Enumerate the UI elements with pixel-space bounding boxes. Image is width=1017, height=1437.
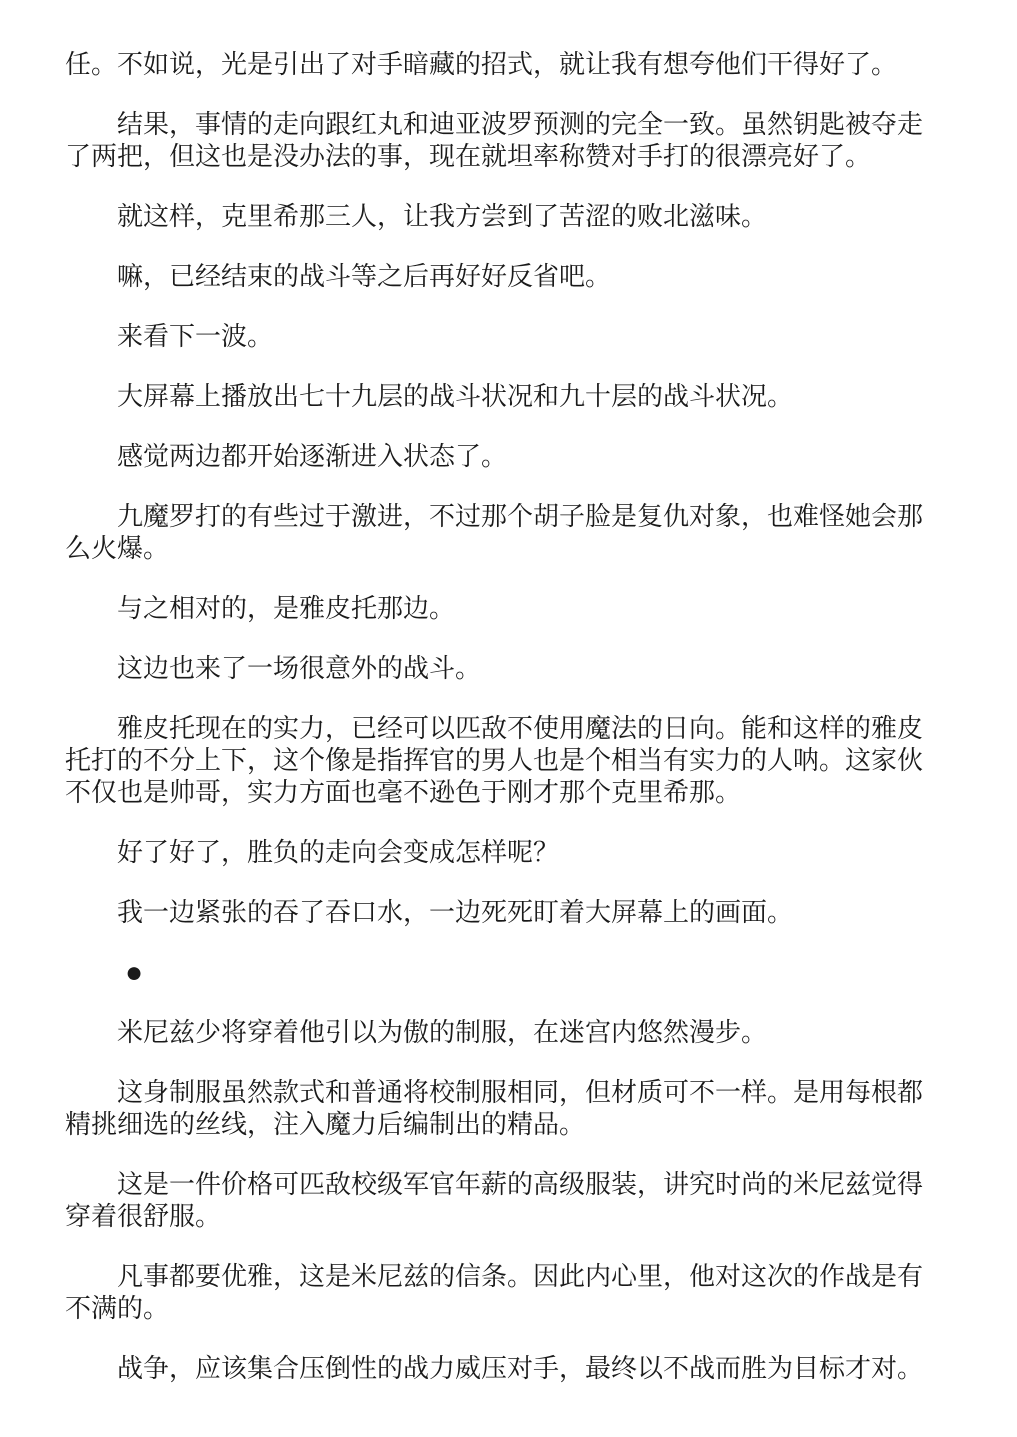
- paragraph: 任。不如说，光是引出了对手暗藏的招式，就让我有想夸他们干得好了。: [65, 49, 937, 81]
- paragraph: 雅皮托现在的实力，已经可以匹敌不使用魔法的日向。能和这样的雅皮托打的不分上下，这…: [65, 713, 937, 809]
- paragraph: 就这样，克里希那三人，让我方尝到了苦涩的败北滋味。: [65, 201, 937, 233]
- paragraph: 与之相对的，是雅皮托那边。: [65, 593, 937, 625]
- document-body: 任。不如说，光是引出了对手暗藏的招式，就让我有想夸他们干得好了。结果，事情的走向…: [65, 49, 952, 1385]
- paragraph: 战争，应该集合压倒性的战力威压对手，最终以不战而胜为目标才对。: [65, 1353, 937, 1385]
- paragraph: 大屏幕上播放出七十九层的战斗状况和九十层的战斗状况。: [65, 381, 937, 413]
- section-break-bullet: ●: [65, 957, 937, 989]
- paragraph: 米尼兹少将穿着他引以为傲的制服，在迷宫内悠然漫步。: [65, 1017, 937, 1049]
- paragraph: 好了好了，胜负的走向会变成怎样呢？: [65, 837, 937, 869]
- paragraph: 嘛，已经结束的战斗等之后再好好反省吧。: [65, 261, 937, 293]
- paragraph: 感觉两边都开始逐渐进入状态了。: [65, 441, 937, 473]
- paragraph: 这身制服虽然款式和普通将校制服相同，但材质可不一样。是用每根都精挑细选的丝线，注…: [65, 1077, 937, 1141]
- document-page: 任。不如说，光是引出了对手暗藏的招式，就让我有想夸他们干得好了。结果，事情的走向…: [0, 0, 1017, 1437]
- paragraph: 我一边紧张的吞了吞口水，一边死死盯着大屏幕上的画面。: [65, 897, 937, 929]
- paragraph: 凡事都要优雅，这是米尼兹的信条。因此内心里，他对这次的作战是有不满的。: [65, 1261, 937, 1325]
- paragraph: 结果，事情的走向跟红丸和迪亚波罗预测的完全一致。虽然钥匙被夺走了两把，但这也是没…: [65, 109, 937, 173]
- paragraph: 这是一件价格可匹敌校级军官年薪的高级服装，讲究时尚的米尼兹觉得穿着很舒服。: [65, 1169, 937, 1233]
- paragraph: 九魔罗打的有些过于激进，不过那个胡子脸是复仇对象，也难怪她会那么火爆。: [65, 501, 937, 565]
- paragraph: 这边也来了一场很意外的战斗。: [65, 653, 937, 685]
- paragraph: 来看下一波。: [65, 321, 937, 353]
